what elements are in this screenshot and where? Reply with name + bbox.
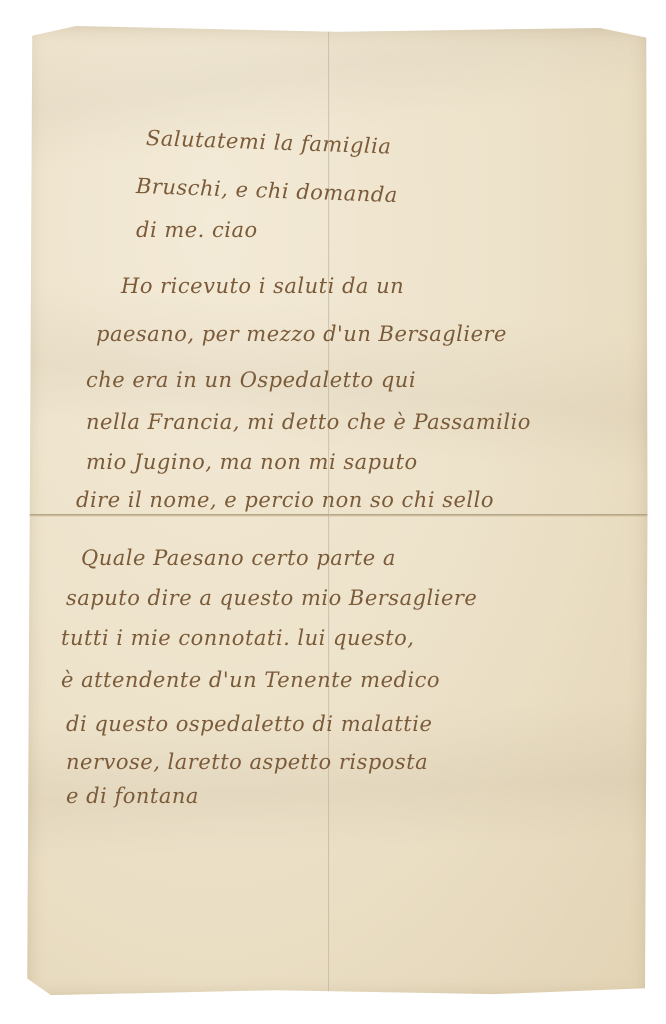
horizontal-fold-line: [26, 514, 650, 517]
letter-paper: Salutatemi la famiglia Bruschi, e chi do…: [26, 26, 650, 998]
handwritten-line: e di fontana: [66, 784, 199, 808]
handwritten-line: mio Jugino, ma non mi saputo: [86, 450, 418, 474]
handwritten-line: che era in un Ospedaletto qui: [86, 368, 416, 392]
handwritten-line: Quale Paesano certo parte a: [81, 546, 396, 570]
handwritten-line: paesano, per mezzo d'un Bersagliere: [96, 322, 507, 346]
vertical-fold-line: [328, 26, 330, 998]
handwritten-line: tutti i mie connotati. lui questo,: [61, 626, 414, 650]
handwritten-line: nervose, laretto aspetto risposta: [66, 750, 428, 774]
handwritten-line: Bruschi, e chi domanda: [136, 174, 399, 207]
handwritten-line: è attendente d'un Tenente medico: [61, 668, 440, 692]
handwritten-line: nella Francia, mi detto che è Passamilio: [86, 410, 531, 434]
handwritten-line: di me. ciao: [136, 218, 258, 242]
handwritten-line: saputo dire a questo mio Bersagliere: [66, 586, 477, 610]
handwritten-line: Salutatemi la famiglia: [146, 126, 392, 159]
handwritten-line: dire il nome, e percio non so chi sello: [76, 488, 494, 512]
handwritten-line: di questo ospedaletto di malattie: [66, 712, 432, 736]
handwritten-line: Ho ricevuto i saluti da un: [121, 274, 404, 298]
